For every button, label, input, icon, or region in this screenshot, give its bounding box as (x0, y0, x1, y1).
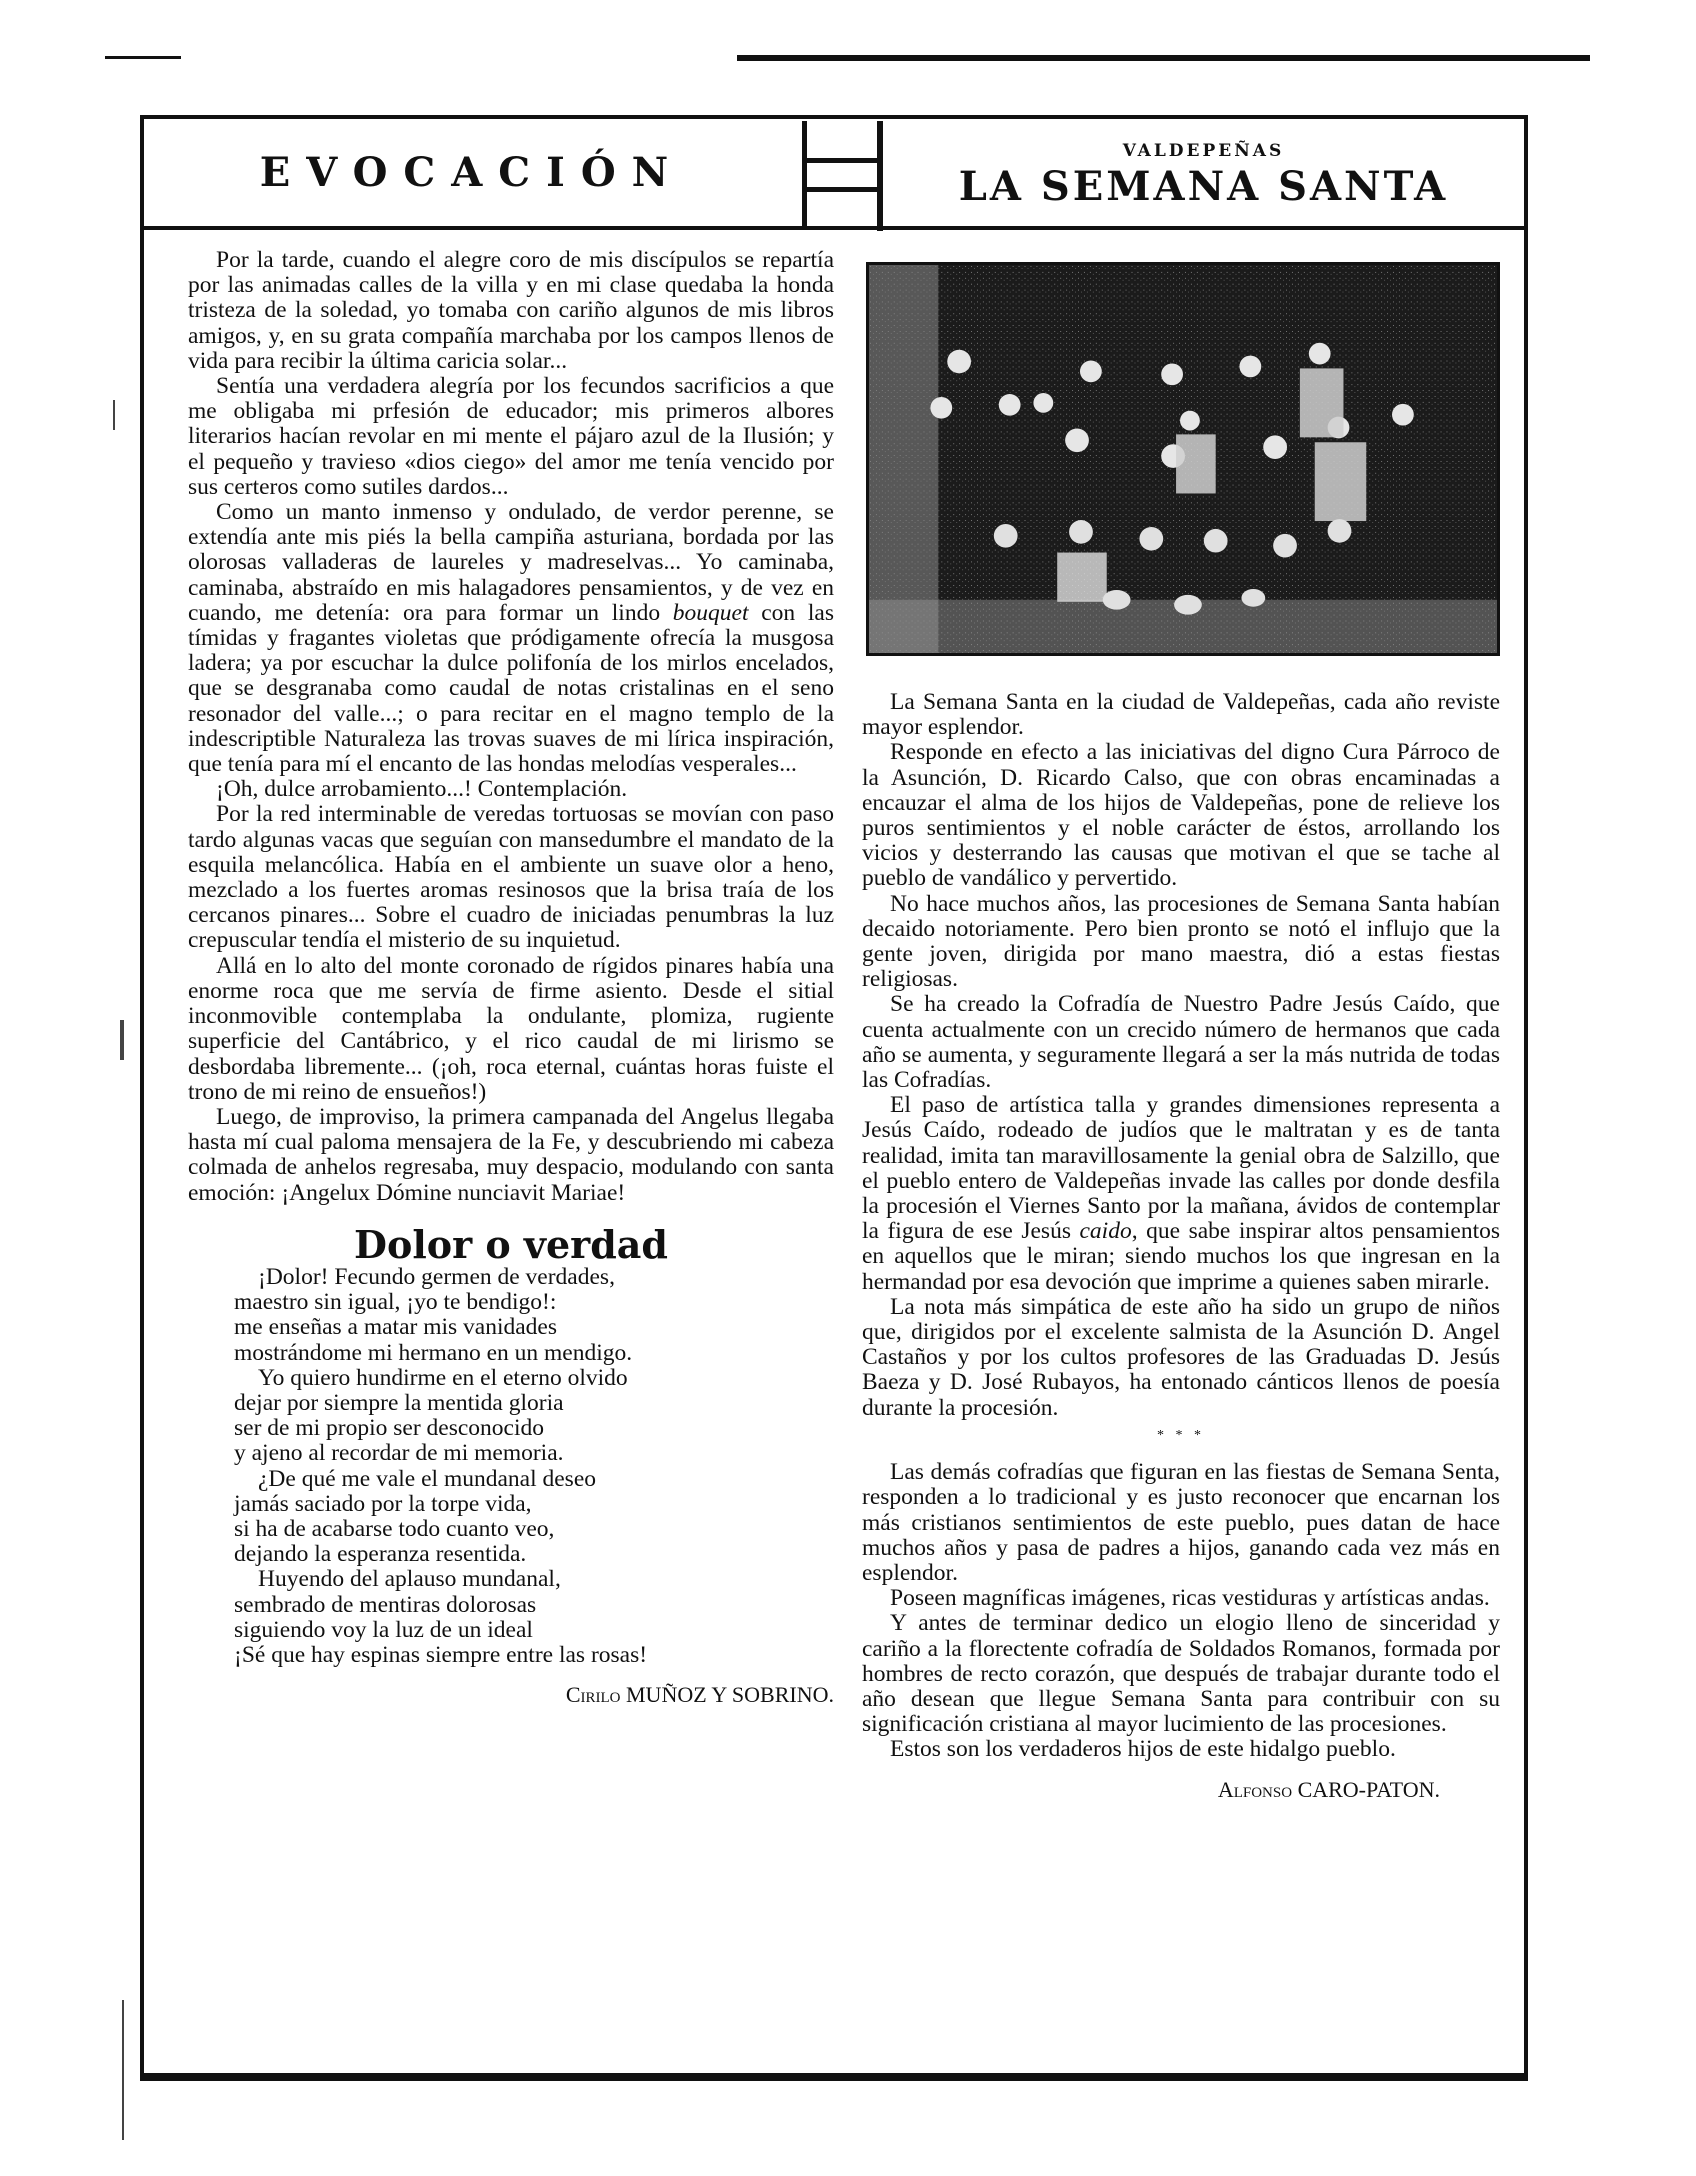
poem-line: Huyendo del aplauso mundanal, (234, 1567, 834, 1592)
poem-line: dejando la esperanza resentida. (234, 1542, 834, 1567)
poem-line: ¿De qué me vale el mundanal deseo (234, 1467, 834, 1492)
paragraph: La Semana Santa en la ciudad de Valdepeñ… (862, 690, 1500, 740)
poem-line: ¡Sé que hay espinas siempre entre las ro… (234, 1643, 834, 1668)
group-photograph (866, 262, 1500, 656)
paragraph: Sentía una verdadera alegría por los fec… (188, 374, 834, 500)
evocacion-article: Por la tarde, cuando el alegre coro de m… (188, 248, 834, 1707)
paragraph: No hace muchos años, las procesiones de … (862, 892, 1500, 993)
paragraph: Las demás cofradías que figuran en las f… (862, 1460, 1500, 1586)
top-rule-right (737, 55, 1590, 61)
paragraph: Por la tarde, cuando el alegre coro de m… (188, 248, 834, 374)
article-signature: Alfonso CARO-PATON. (862, 1777, 1500, 1802)
left-header-box: EVOCACIÓN (144, 119, 800, 226)
italic-word: caido (1080, 1218, 1132, 1244)
poem-line: dejar por siempre la mentida gloria (234, 1391, 834, 1416)
section-separator: * * * (862, 1423, 1500, 1448)
article-kicker: VALDEPEÑAS (883, 141, 1524, 161)
poem-line: ¡Dolor! Fecundo germen de verdades, (234, 1265, 834, 1290)
paragraph: Se ha creado la Cofradía de Nuestro Padr… (862, 992, 1500, 1093)
poem-signature: Cirilo MUÑOZ Y SOBRINO. (188, 1682, 834, 1707)
paragraph: Por la red interminable de veredas tortu… (188, 802, 834, 953)
paragraph: Poseen magníficas imágenes, ricas vestid… (862, 1586, 1500, 1611)
poem-line: Yo quiero hundirme en el eterno olvido (234, 1366, 834, 1391)
poem-line: me enseñas a matar mis vanidades (234, 1315, 834, 1340)
poem-line: y ajeno al recordar de mi memoria. (234, 1441, 834, 1466)
poem-body: ¡Dolor! Fecundo germen de verdades, maes… (234, 1265, 834, 1668)
scan-edge-mark (122, 2000, 124, 2140)
poem-line: mostrándome mi hermano en un mendigo. (234, 1341, 834, 1366)
article-title-evocacion: EVOCACIÓN (260, 149, 685, 196)
paragraph: ¡Oh, dulce arrobamiento...! Contemplació… (188, 777, 834, 802)
paragraph: Luego, de improviso, la primera campanad… (188, 1105, 834, 1206)
top-rule-left (105, 56, 181, 59)
paragraph: Y antes de terminar dedico un elogio lle… (862, 1611, 1500, 1737)
scan-edge-mark (113, 400, 115, 430)
article-title-semana-santa: LA SEMANA SANTA (883, 163, 1524, 210)
poem-line: ser de mi propio ser desconocido (234, 1416, 834, 1441)
scan-edge-mark (120, 1020, 124, 1060)
paragraph: El paso de artística talla y grandes dim… (862, 1093, 1500, 1295)
photo-illustration (869, 265, 1497, 653)
poem-line: sembrado de mentiras dolorosas (234, 1593, 834, 1618)
poem-line: jamás saciado por la torpe vida, (234, 1492, 834, 1517)
header-ornament (800, 119, 880, 226)
right-header-box: VALDEPEÑAS LA SEMANA SANTA (883, 119, 1524, 226)
paragraph: Allá en lo alto del monte coronado de rí… (188, 954, 834, 1105)
paragraph: Responde en efecto a las iniciativas del… (862, 740, 1500, 891)
header-divider-line (140, 226, 1528, 230)
semana-santa-article: La Semana Santa en la ciudad de Valdepeñ… (862, 690, 1500, 1802)
italic-word: bouquet (673, 600, 749, 626)
poem-title: Dolor o verdad (188, 1232, 834, 1257)
poem-line: si ha de acabarse todo cuanto veo, (234, 1517, 834, 1542)
paragraph: La nota más simpática de este año ha sid… (862, 1295, 1500, 1421)
paragraph: Estos son los verdaderos hijos de este h… (862, 1737, 1500, 1762)
poem-line: siguiendo voy la luz de un ideal (234, 1618, 834, 1643)
poem-line: maestro sin igual, ¡yo te bendigo!: (234, 1290, 834, 1315)
paragraph: Como un manto inmenso y ondulado, de ver… (188, 500, 834, 777)
